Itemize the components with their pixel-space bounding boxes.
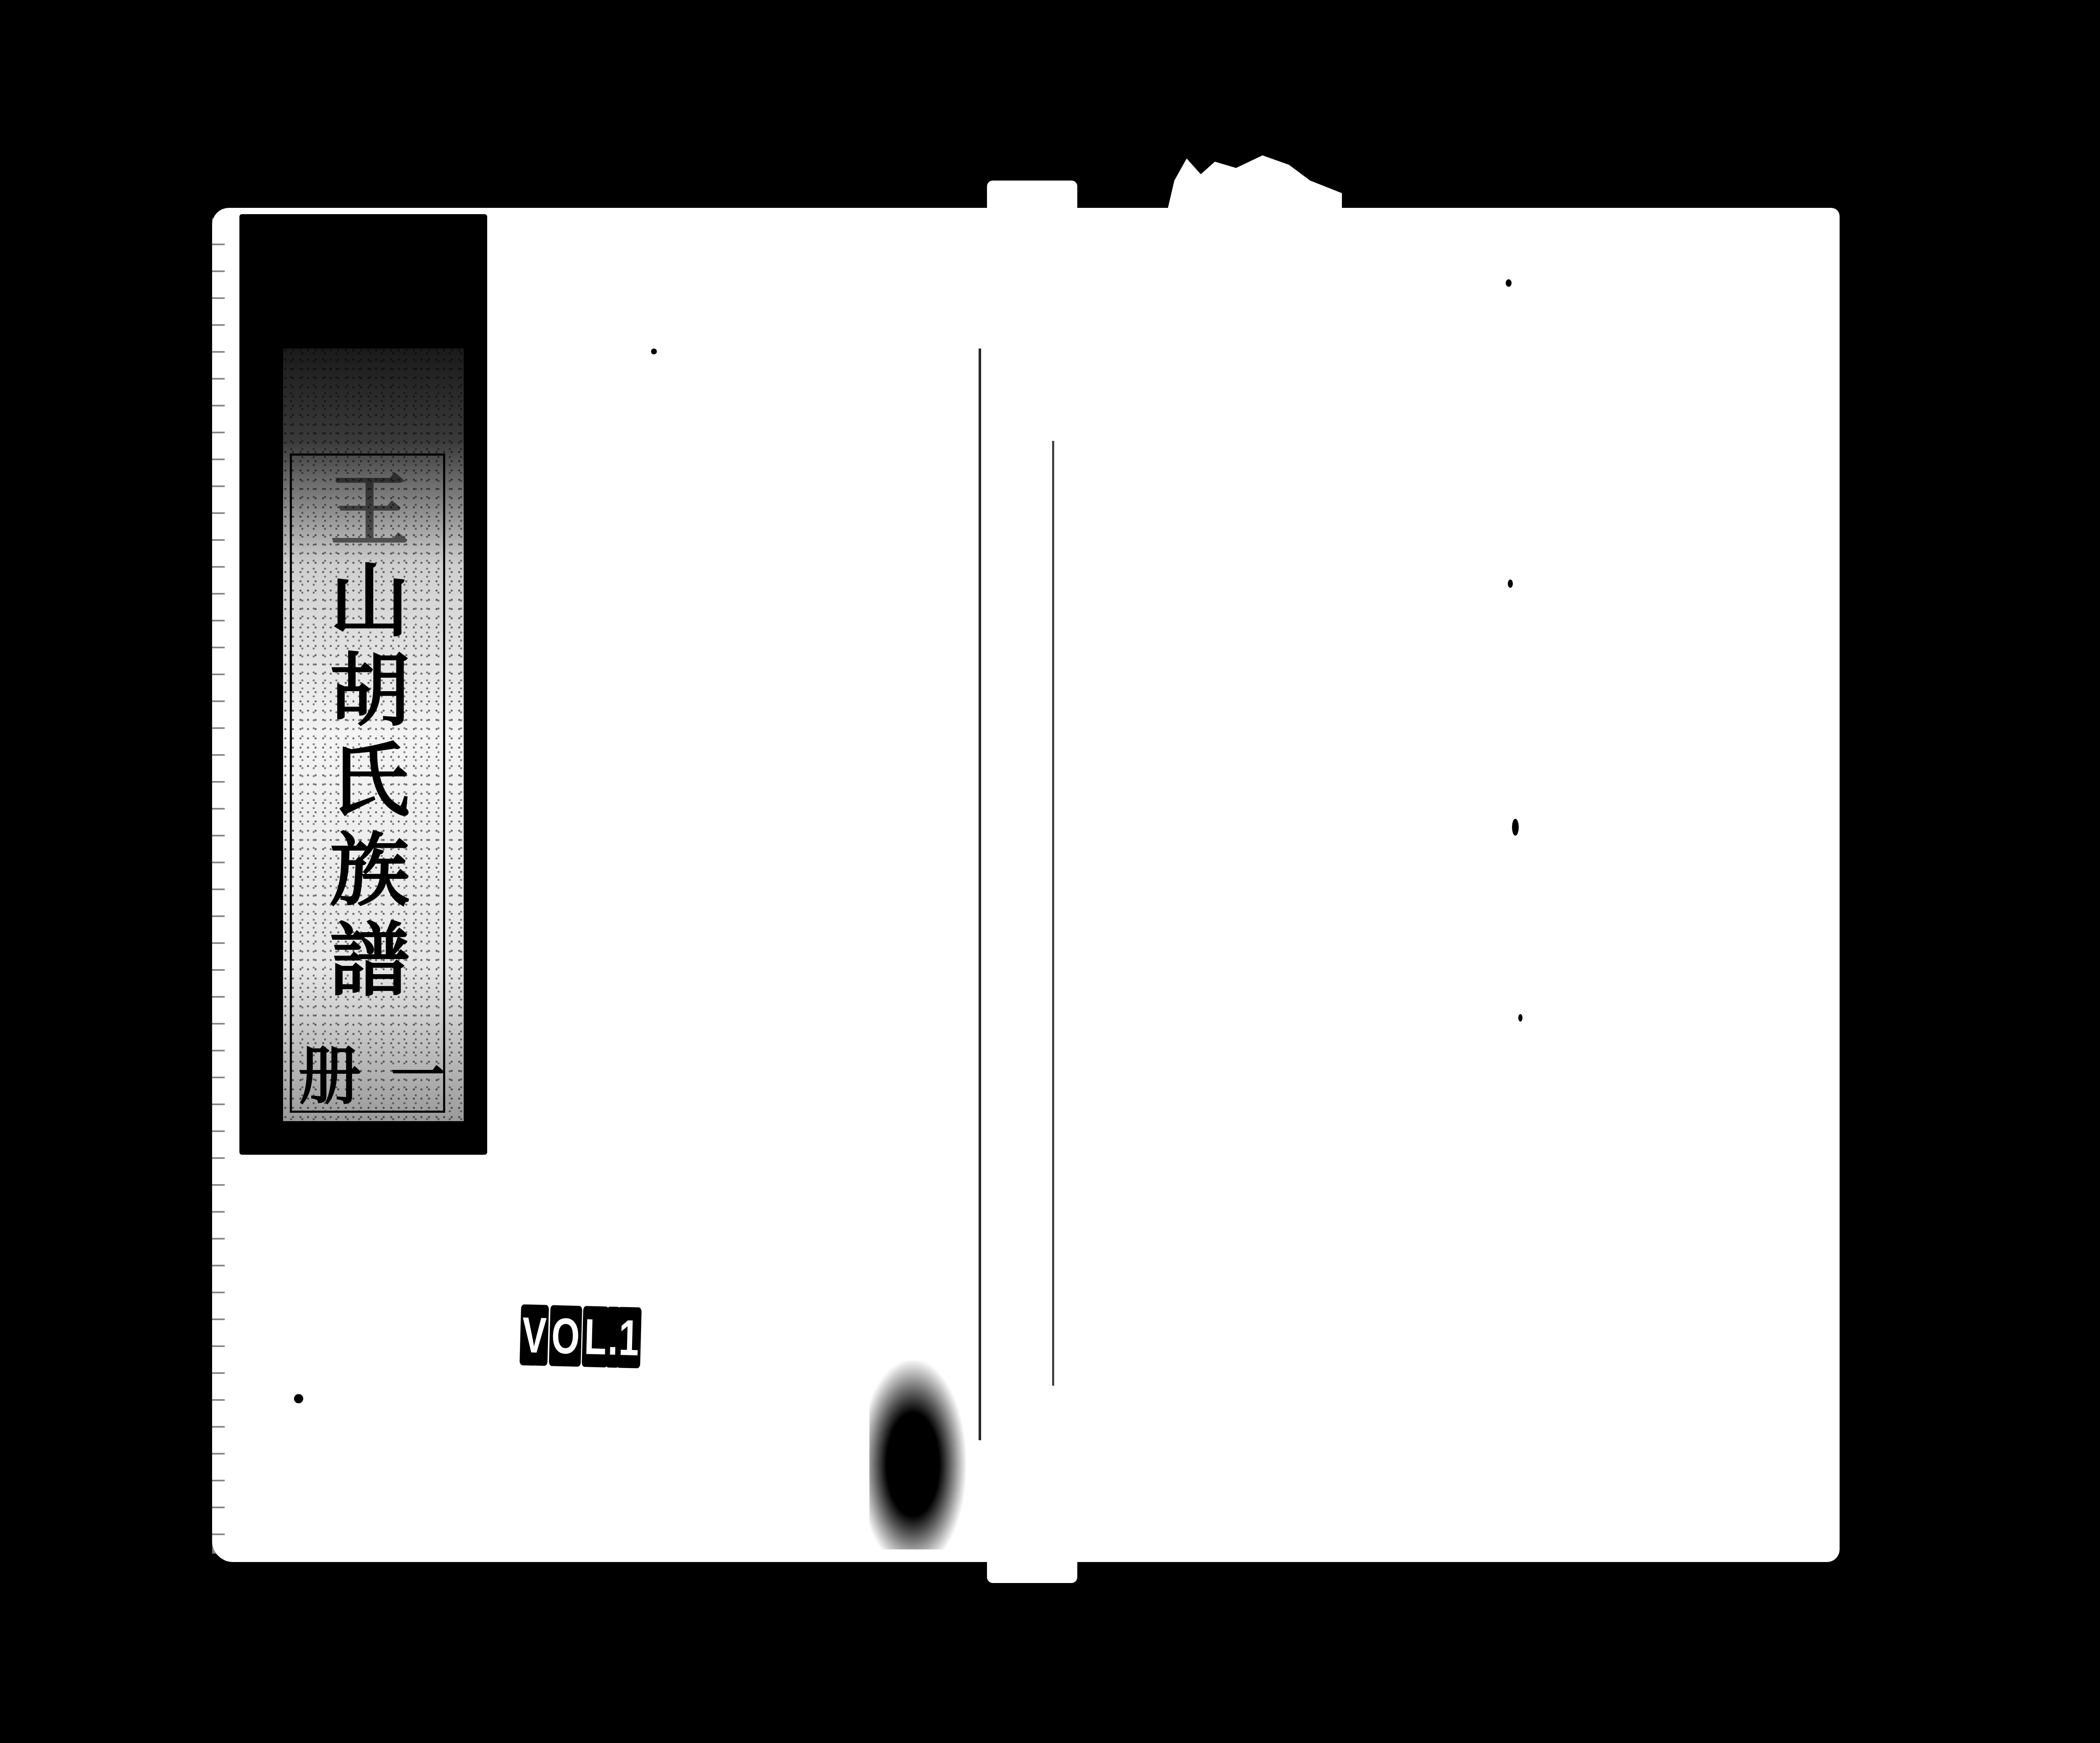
ink-stain [869, 1360, 966, 1549]
title-char: 譜 [330, 915, 409, 1005]
title-char: 王 [330, 466, 409, 556]
title-char: 族 [330, 826, 409, 915]
speck [1508, 579, 1513, 588]
volume-label-chinese: 册 一 [298, 1029, 449, 1113]
volume-measure-word: 册 [298, 1025, 361, 1116]
sticker-tile: O [549, 1305, 583, 1367]
sticker-tile: V [520, 1304, 549, 1366]
title-char: 胡 [330, 646, 409, 736]
speck [294, 1394, 303, 1403]
book-spine-strip [987, 181, 1077, 1583]
spine-fold-line [979, 349, 981, 1440]
book-page-edge [212, 218, 225, 1554]
speck [1518, 1014, 1522, 1022]
volume-sticker: V O L . 1 [520, 1304, 640, 1368]
speck [651, 349, 657, 354]
speck [1512, 819, 1519, 836]
spine-fold-line [1052, 441, 1054, 1386]
title-column: 王 山 胡 氏 族 譜 [294, 466, 445, 1005]
volume-number: 一 [391, 1032, 445, 1110]
speck [1506, 279, 1512, 287]
title-char: 山 [330, 556, 409, 646]
sticker-tile: 1 [616, 1307, 641, 1368]
title-char: 氏 [330, 736, 409, 826]
sticker-tile: L [582, 1306, 609, 1368]
